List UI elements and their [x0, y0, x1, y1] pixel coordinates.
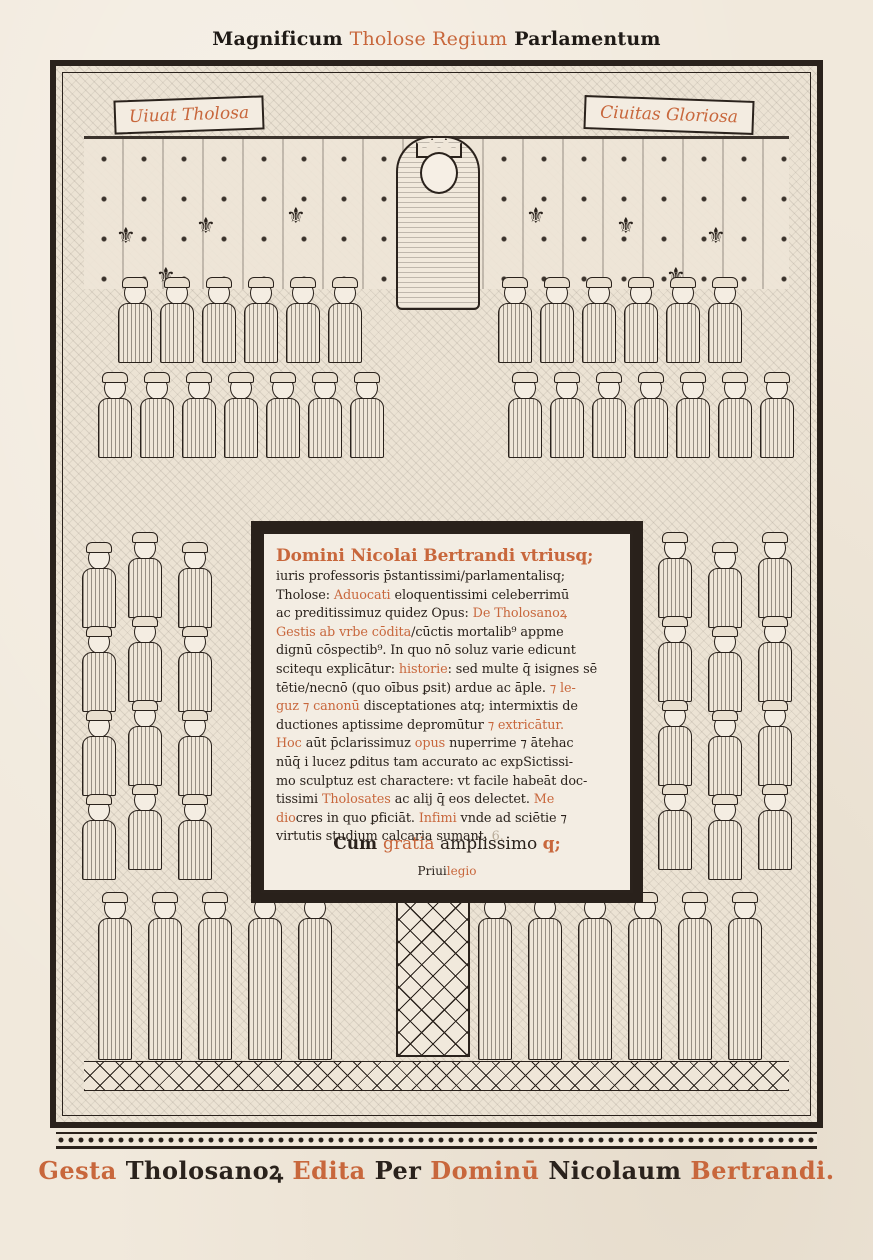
fleur-de-lis-icon: ⚜	[116, 226, 136, 248]
crowd-left-3	[176, 546, 212, 878]
fleur-de-lis-icon: ⚜	[286, 206, 306, 228]
footer-word: Bertrandi.	[690, 1156, 834, 1185]
crowd-left-2	[126, 536, 162, 868]
panel-line: Domini Nicolai Bertrandi vtriusq;	[276, 544, 620, 568]
privilege-sub: Priuilegio	[264, 864, 630, 878]
woodcut-frame: ⚜ ⚜ ⚜ ⚜ ⚜ ⚜ ⚜ ⚜ Uiuat Tholosa Ciuitas Gl…	[50, 60, 823, 1128]
footer-word: Nicolaum	[548, 1156, 681, 1185]
fleur-de-lis-icon: ⚜	[706, 226, 726, 248]
footer-word: Per	[375, 1156, 422, 1185]
header-title: Magnificum Tholose Regium Parlamentum	[0, 28, 873, 50]
fleur-de-lis-icon: ⚜	[526, 206, 546, 228]
panel-line: mo sculptuz est charactere: vt facile ha…	[276, 773, 620, 792]
crowd-right-3	[756, 536, 792, 868]
footer-word: Edita	[292, 1156, 365, 1185]
footer-word: Tholosanoꝝ	[126, 1156, 284, 1185]
enthroned-king	[396, 136, 480, 310]
title-text-panel: Domini Nicolai Bertrandi vtriusq; iuris …	[261, 531, 633, 893]
councillors-right-lower	[506, 376, 794, 456]
panel-line: guz ⁊ canonū disceptationes atq; intermi…	[276, 698, 620, 717]
privilege-line: Cum gratia amplissimo q;	[264, 834, 630, 854]
panel-line: Tholose: Aduocati eloquentissimi celeber…	[276, 587, 620, 606]
panel-line: Gestis ab vrbe cōdita/cūctis mortalib⁹ a…	[276, 624, 620, 643]
banner-left: Uiuat Tholosa	[113, 95, 264, 134]
panel-line: ductiones aptissime depromūtur ⁊ extricā…	[276, 717, 620, 736]
panel-line: Hoc aūt p̄clarissimuz opus nuperrime ⁊ ā…	[276, 735, 620, 754]
crowd-right-2	[706, 546, 742, 878]
footer-word: Dominū	[430, 1156, 539, 1185]
panel-line: diocres in quo ꝑficiāt. Infimi vnde ad s…	[276, 810, 620, 829]
crowd-right	[656, 536, 692, 868]
lattice-window-icon	[396, 898, 470, 1057]
footer-word: Gesta	[38, 1156, 116, 1185]
king-face	[420, 152, 458, 194]
fleur-de-lis-icon: ⚜	[616, 216, 636, 238]
header-word: Parlamentum	[514, 28, 661, 50]
crowd-left	[80, 546, 116, 878]
standing-figures-left	[96, 896, 332, 1056]
panel-line: nūq̄ i lucez ꝑditus tam accurato ac expS…	[276, 754, 620, 773]
footer-title: Gesta Tholosanoꝝ Edita Per Dominū Nicola…	[0, 1154, 873, 1187]
beaded-border	[56, 1132, 817, 1149]
councillors-right	[496, 281, 742, 361]
councillors-left	[116, 281, 362, 361]
header-word: Tholose Regium	[350, 28, 508, 50]
fleur-de-lis-icon: ⚜	[196, 216, 216, 238]
standing-figures-right	[476, 896, 762, 1056]
councillors-left-lower	[96, 376, 384, 456]
banner-right: Ciuitas Gloriosa	[583, 95, 754, 135]
panel-line: scitequ explicātur: historie: sed multe …	[276, 661, 620, 680]
panel-text: Domini Nicolai Bertrandi vtriusq; iuris …	[276, 544, 620, 847]
panel-line: ac preditissimuz quidez Opus: De Tholosa…	[276, 605, 620, 624]
panel-line: dignū cōspectib⁹. In quo nō soluz varie …	[276, 642, 620, 661]
panel-line: tissimi Tholosates ac alij q̄ eos delect…	[276, 791, 620, 810]
panel-line: iuris professoris p̄stantissimi/parlamen…	[276, 568, 620, 587]
panel-line: tētie/necnō (quo oībus ꝑsit) ardue ac āp…	[276, 680, 620, 699]
tiled-floor	[84, 1061, 789, 1091]
header-word: Magnificum	[212, 28, 343, 50]
